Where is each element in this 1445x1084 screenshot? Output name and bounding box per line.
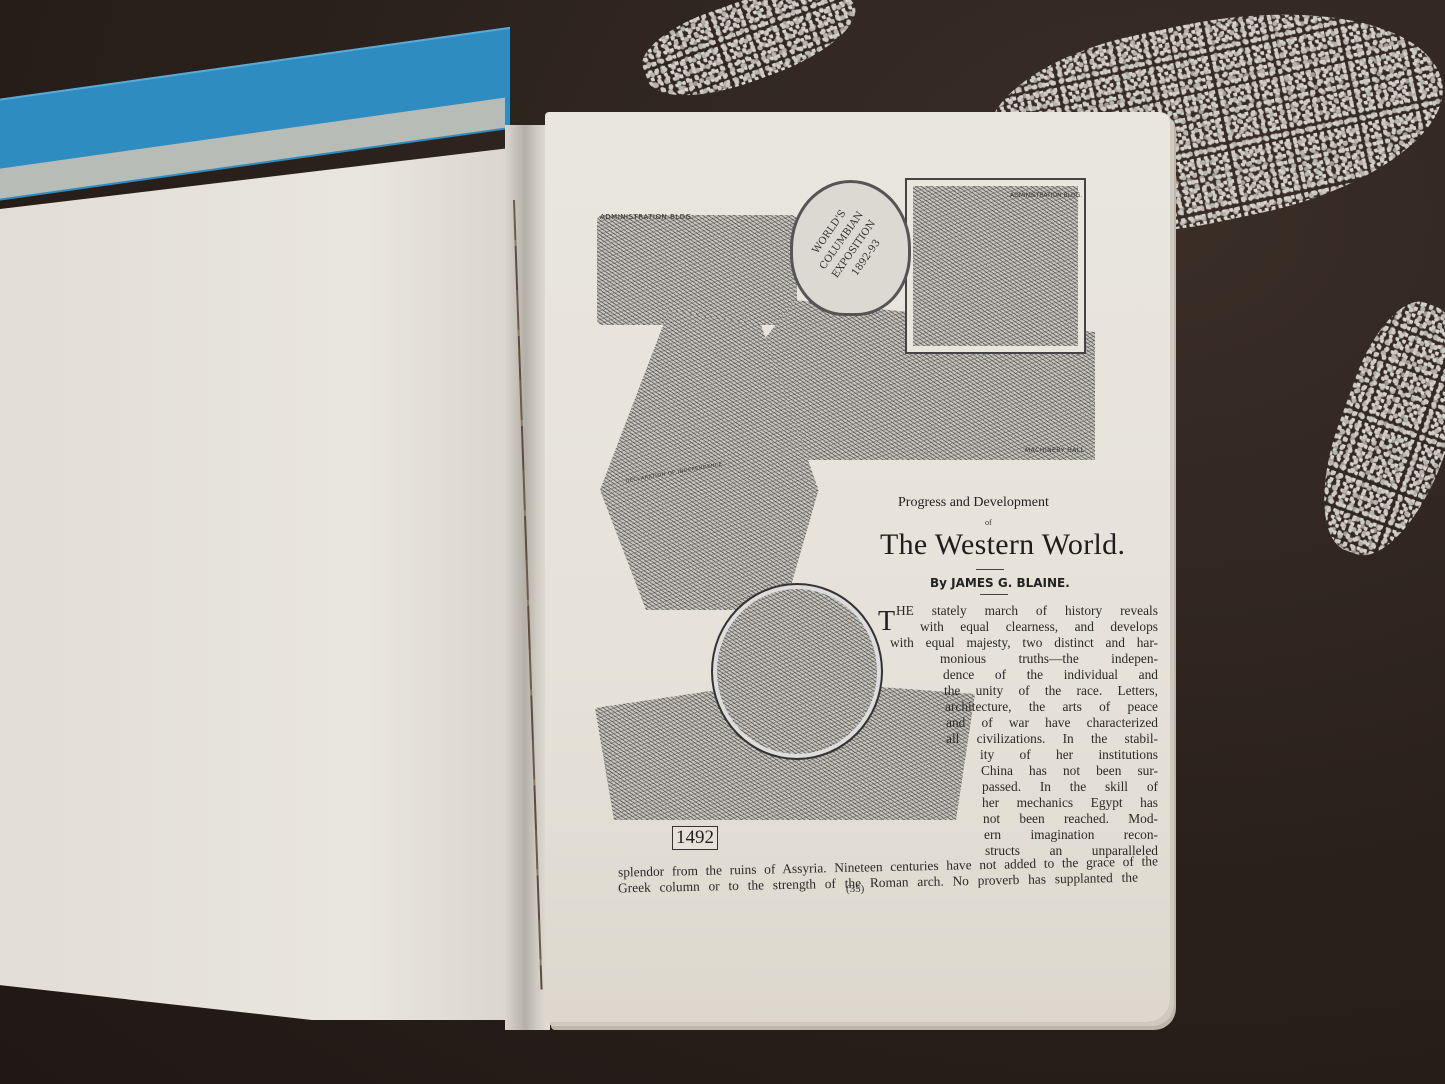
engraving-label-bridge: MACHINERY HALL <box>1025 447 1085 454</box>
silver-foliage-top <box>633 0 867 115</box>
engraving-building <box>597 215 797 325</box>
body-line: all civilizations. In the stabil- <box>946 731 1158 747</box>
body-line: monious truths—the indepen- <box>940 651 1158 667</box>
body-line: China has not been sur- <box>981 763 1158 779</box>
byline-rule <box>980 594 1008 595</box>
body-line: with equal clearness, and develops <box>920 619 1158 635</box>
body-line: the unity of the race. Letters, <box>944 683 1158 699</box>
title-pre: Progress and Development <box>898 495 1049 511</box>
photo-scene: ADMINISTRATION BLDG. MACHINERY HALL ADMI… <box>0 0 1445 1084</box>
year-plate: 1492 <box>672 826 718 850</box>
body-line: and of war have characterized <box>946 715 1158 731</box>
body-line: ern imagination recon- <box>984 827 1158 843</box>
page-number: (35) <box>846 883 864 895</box>
silver-foliage-right-lower <box>1299 289 1445 571</box>
body-line: ity of her institutions <box>980 747 1158 763</box>
engraving-label-left: ADMINISTRATION BLDG. <box>600 213 694 221</box>
byline: By JAMES G. BLAINE. <box>930 576 1070 590</box>
body-line: architecture, the arts of peace <box>945 699 1158 715</box>
body-line: not been reached. Mod- <box>983 811 1158 827</box>
title-rule <box>976 569 1004 570</box>
engraving-frame-label: ADMINISTRATION BLDG. <box>1010 192 1082 199</box>
body-line: HE stately march of history reveals <box>896 603 1158 619</box>
dropcap: T <box>878 606 895 638</box>
body-line: passed. In the skill of <box>982 779 1158 795</box>
title-of: of <box>985 518 992 527</box>
page-title: The Western World. <box>880 528 1125 562</box>
body-line: dence of the individual and <box>943 667 1158 683</box>
body-line: with equal majesty, two distinct and har… <box>890 635 1158 651</box>
engraving-framed-dome <box>907 180 1084 352</box>
body-line: her mechanics Egypt has <box>982 795 1158 811</box>
left-page-blank <box>0 148 520 1020</box>
engraving-liberty-bell <box>713 585 881 758</box>
